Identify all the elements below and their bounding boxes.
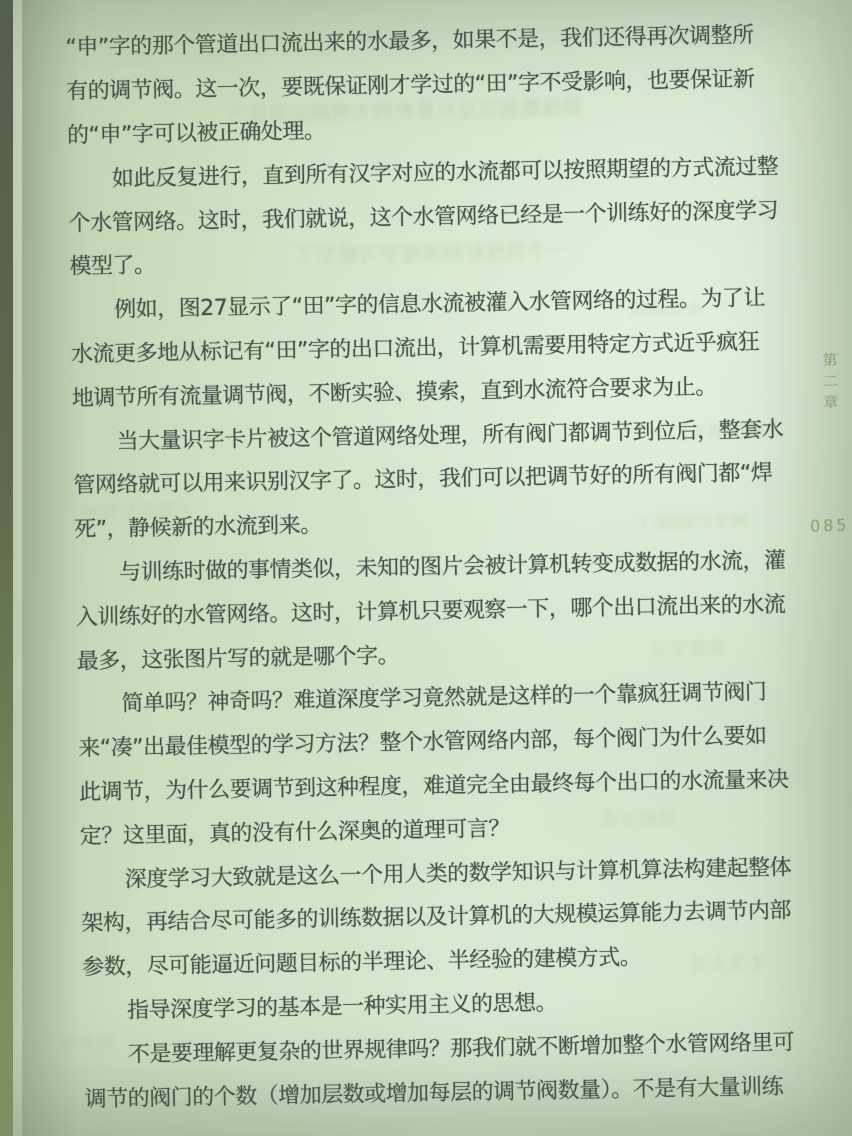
page-edge-highlight (13, 0, 22, 1136)
book-page-photo: 训练数据以及计算机的大规模运算能力一个训练好的深度学习模型了水管网络图27显示不… (0, 0, 852, 1136)
chapter-label: 第二章 (819, 352, 841, 415)
page-edge (0, 0, 13, 1136)
page-number: 085 (810, 515, 850, 535)
body-text: “申”字的那个管道出口流出来的水最多，如果不是，我们还得再次调整所有的调节阀。这… (65, 12, 791, 1120)
